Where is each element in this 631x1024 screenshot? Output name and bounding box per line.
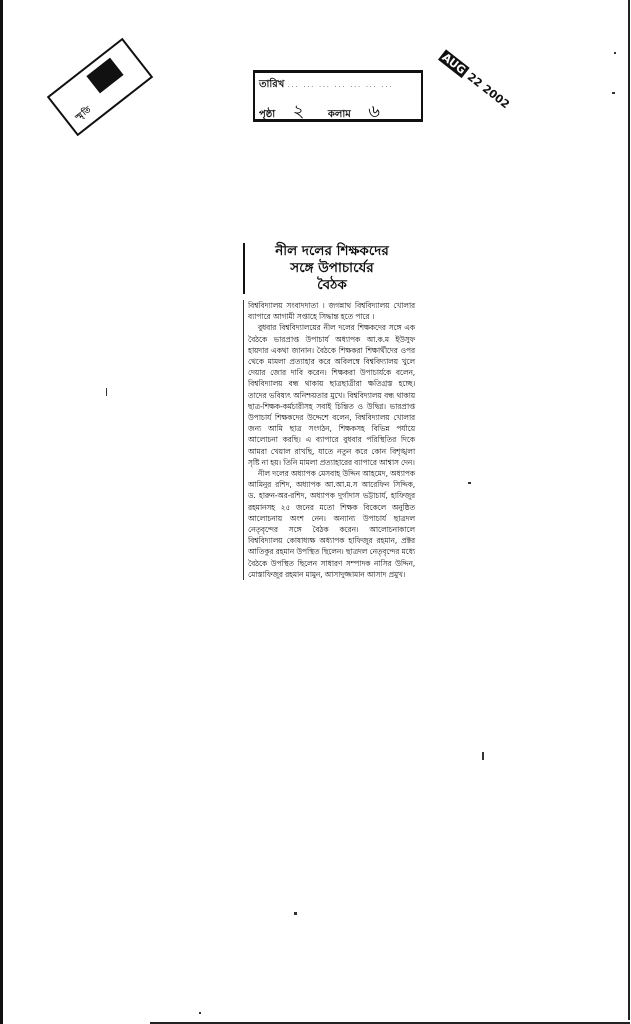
register-date-dots: ... ... ... ... ... ... ...	[288, 82, 394, 89]
scan-speck	[468, 482, 471, 484]
date-stamp: AUG 22 2002	[438, 49, 512, 111]
clipping-headline: নীল দলের শিক্ষকদের সঙ্গে উপাচার্যের বৈঠক	[243, 243, 415, 294]
clipping-paragraph: নীল দলের অধ্যাপক মেসবাহ উদ্দিন আহমেদ, অধ…	[248, 468, 415, 580]
corner-stamp-text: স্মৃতি	[73, 104, 95, 125]
date-stamp-month: AUG	[438, 49, 470, 78]
headline-line: সঙ্গে উপাচার্যের	[249, 260, 415, 277]
register-column-value: ৬	[368, 101, 380, 122]
clipping-paragraph: বুধবার বিশ্ববিদ্যালয়ের নীল দলের শিক্ষকদ…	[248, 322, 415, 468]
scan-speck	[612, 92, 615, 94]
scan-border-right	[628, 0, 630, 1020]
register-page-row: পৃষ্ঠা ২ কলাম ৬	[259, 97, 380, 128]
clipping-body: বিশ্ববিদ্যালয় সংবাদদাতা । জগন্নাথ বিশ্ব…	[243, 300, 415, 580]
scan-border-left	[0, 0, 3, 1024]
register-date-label: তারিখ	[259, 79, 284, 90]
scan-speck	[294, 912, 297, 915]
register-page-value: ২	[293, 101, 305, 122]
clipping-paragraph: বিশ্ববিদ্যালয় সংবাদদাতা । জগন্নাথ বিশ্ব…	[248, 300, 415, 322]
scan-speck	[199, 1012, 201, 1014]
stamp-ink-block	[86, 58, 123, 94]
date-stamp-date: 22 2002	[465, 70, 512, 111]
scan-speck	[482, 752, 484, 760]
register-page-label: পৃষ্ঠা	[259, 109, 275, 120]
corner-stamp: স্মৃতি	[47, 38, 153, 137]
register-date-row: তারিখ ... ... ... ... ... ... ...	[259, 77, 393, 94]
headline-line: বৈঠক	[249, 277, 415, 294]
register-column-label: কলাম	[328, 109, 351, 120]
scan-speck	[614, 52, 616, 54]
news-clipping: নীল দলের শিক্ষকদের সঙ্গে উপাচার্যের বৈঠক…	[243, 243, 415, 580]
register-stamp: তারিখ ... ... ... ... ... ... ... পৃষ্ঠা…	[253, 70, 423, 122]
scan-speck	[106, 388, 107, 396]
headline-line: নীল দলের শিক্ষকদের	[249, 243, 415, 260]
